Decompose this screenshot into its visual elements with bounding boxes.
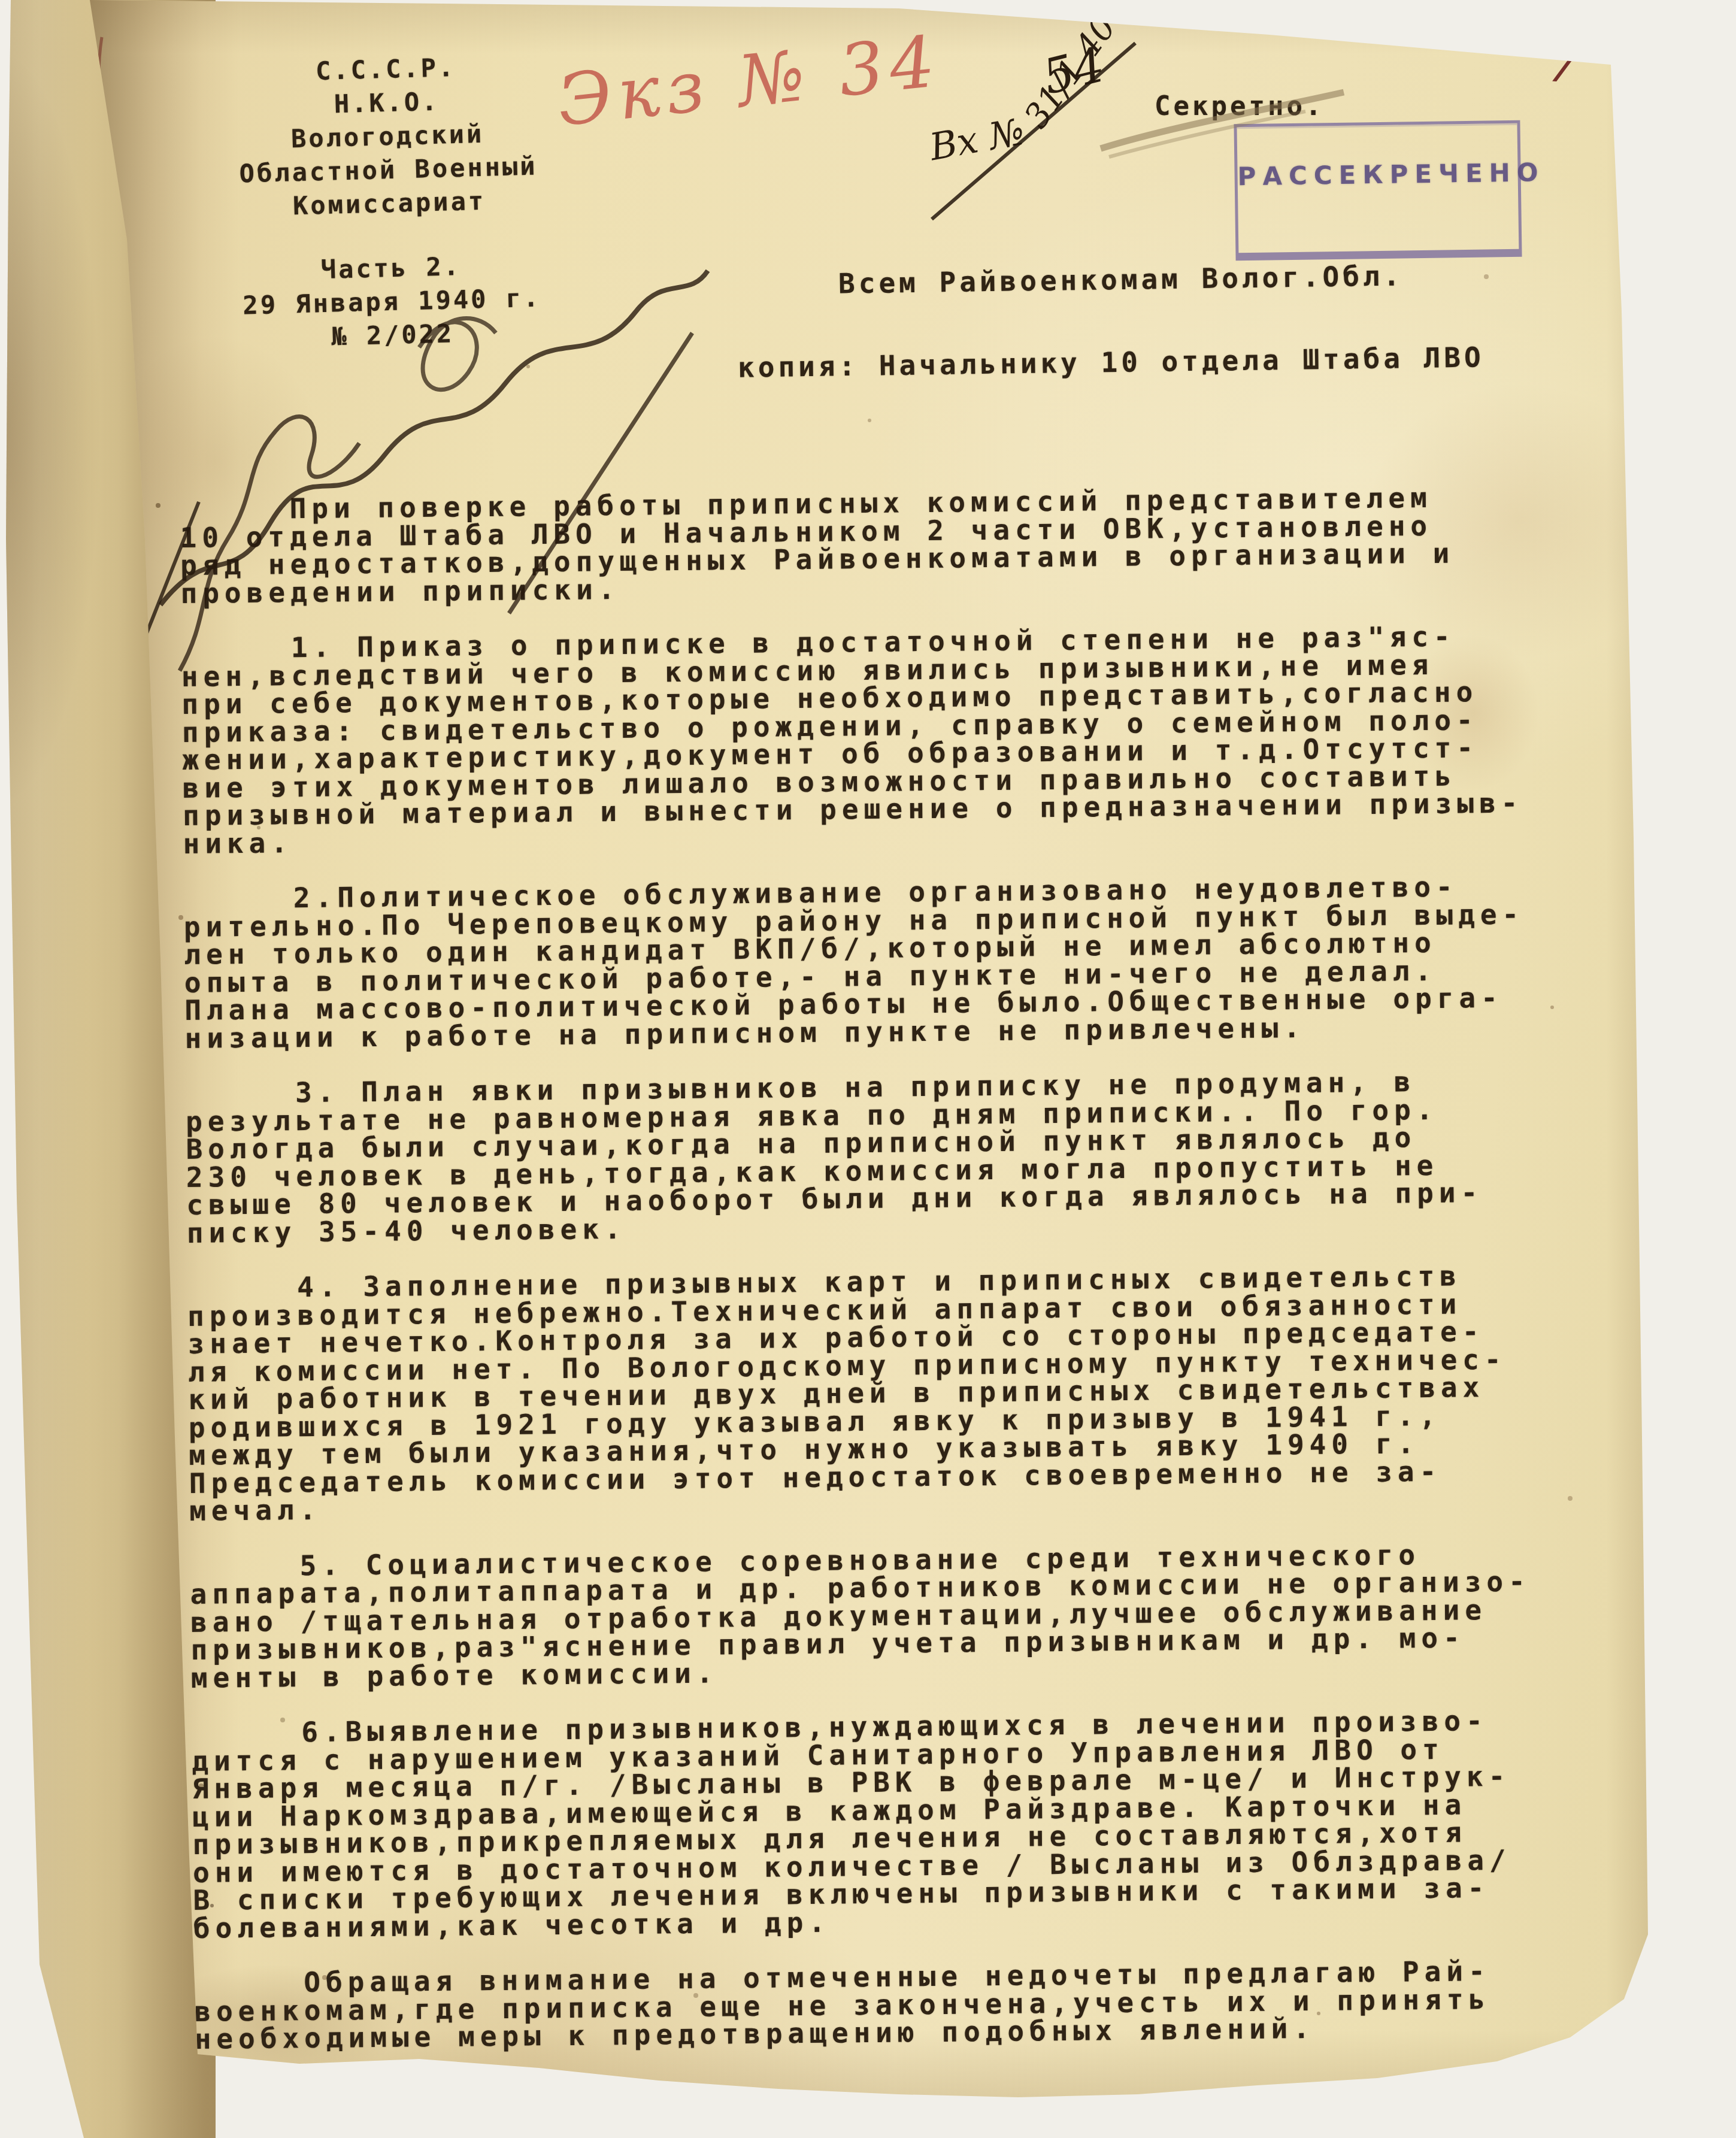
- body-paragraph: Обращая внимание на отмеченные недочеты …: [194, 1956, 1596, 2053]
- body-paragraph: 4. Заполнение призывных карт и приписных…: [187, 1261, 1590, 1525]
- declassified-stamp-text: РАССЕКРЕЧЕНО: [1237, 158, 1518, 192]
- document-body: При поверке работы приписных комиссий пр…: [180, 483, 1596, 2081]
- incoming-number-label: Вх №: [926, 110, 1028, 169]
- body-paragraph: 2.Политическое обслуживание организовано…: [183, 872, 1586, 1052]
- paper-right-edge-shade: [1592, 0, 1664, 2138]
- declassified-stamp: РАССЕКРЕЧЕНО: [1234, 120, 1522, 261]
- addressee-copy-line: копия: Начальнику 10 отдела Штаба ЛВО: [738, 341, 1484, 383]
- body-paragraph: 1. Приказ о приписке в достаточной степе…: [181, 622, 1584, 858]
- page-number: 7: [1543, 28, 1586, 98]
- body-paragraph: 3. План явки призывников на приписку не …: [185, 1066, 1588, 1246]
- paper-specks: [0, 0, 2, 2]
- letterhead: С.С.С.Р.Н.К.О.ВологодскийОбластной Военн…: [188, 47, 591, 357]
- document-scan: С.С.С.Р.Н.К.О.ВологодскийОбластной Военн…: [0, 0, 1736, 2138]
- body-paragraph: 5. Социалистическое соревнование среди т…: [190, 1539, 1592, 1692]
- body-paragraph: 6.Выявление призывников,нуждающихся в ле…: [192, 1706, 1595, 1942]
- addressee-line: Всем Райвоенкомам Волог.Обл.: [838, 259, 1404, 299]
- paper-sheet: С.С.С.Р.Н.К.О.ВологодскийОбластной Военн…: [0, 0, 1736, 2138]
- secrecy-label: Секретно.: [1155, 91, 1324, 122]
- body-paragraph: При поверке работы приписных комиссий пр…: [180, 483, 1582, 607]
